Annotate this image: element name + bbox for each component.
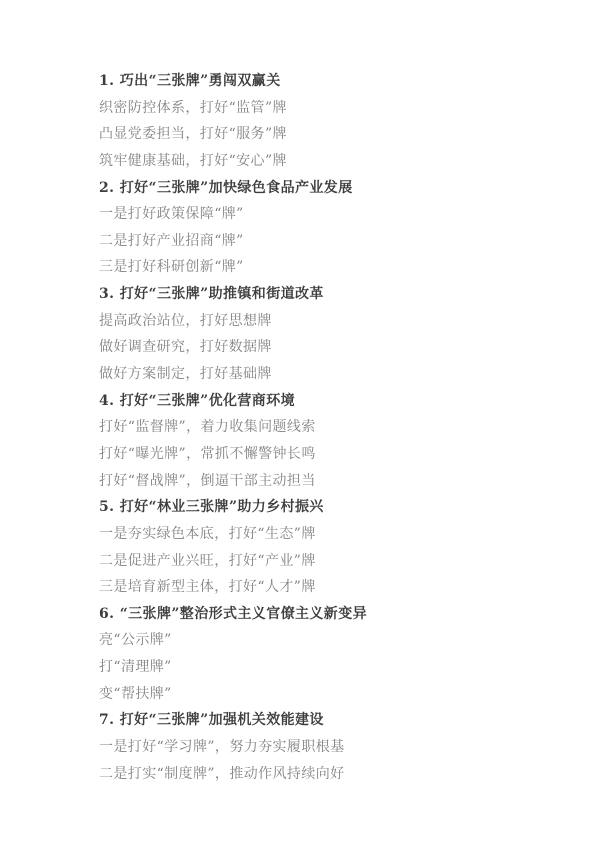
section-heading: 3. 打好“三张牌”助推镇和街道改革 bbox=[99, 281, 556, 308]
section-heading: 5. 打好“林业三张牌”助力乡村振兴 bbox=[99, 494, 556, 521]
section-item: 打好“曝光牌”，常抓不懈警钟长鸣 bbox=[99, 441, 556, 468]
section-item: 三是培育新型主体，打好“人才”牌 bbox=[99, 574, 556, 601]
section-item: 做好调查研究，打好数据牌 bbox=[99, 334, 556, 361]
document-page: 1. 巧出“三张牌”勇闯双赢关织密防控体系，打好“监管”牌凸显党委担当，打好“服… bbox=[0, 0, 596, 842]
section-item: 一是打好“学习牌”，努力夯实履职根基 bbox=[99, 734, 556, 761]
section-item: 织密防控体系，打好“监管”牌 bbox=[99, 95, 556, 122]
section-heading: 6. “三张牌”整治形式主义官僚主义新变异 bbox=[99, 601, 556, 628]
section-item: 凸显党委担当，打好“服务”牌 bbox=[99, 121, 556, 148]
section-heading: 4. 打好“三张牌”优化营商环境 bbox=[99, 388, 556, 415]
section-item: 做好方案制定，打好基础牌 bbox=[99, 361, 556, 388]
section-item: 变“帮扶牌” bbox=[99, 681, 556, 708]
section-heading: 7. 打好“三张牌”加强机关效能建设 bbox=[99, 707, 556, 734]
section-heading: 1. 巧出“三张牌”勇闯双赢关 bbox=[99, 68, 556, 95]
section-item: 二是打实“制度牌”，推动作风持续向好 bbox=[99, 761, 556, 788]
section-item: 二是打好产业招商“牌” bbox=[99, 228, 556, 255]
section-item: 打好“督战牌”，倒逼干部主动担当 bbox=[99, 468, 556, 495]
document-content: 1. 巧出“三张牌”勇闯双赢关织密防控体系，打好“监管”牌凸显党委担当，打好“服… bbox=[99, 68, 556, 787]
section-item: 一是打好政策保障“牌” bbox=[99, 201, 556, 228]
section-item: 筑牢健康基础，打好“安心”牌 bbox=[99, 148, 556, 175]
section-heading: 2. 打好“三张牌”加快绿色食品产业发展 bbox=[99, 175, 556, 202]
section-item: 打好“监督牌”，着力收集问题线索 bbox=[99, 414, 556, 441]
section-item: 一是夯实绿色本底，打好“生态”牌 bbox=[99, 521, 556, 548]
section-item: 三是打好科研创新“牌” bbox=[99, 254, 556, 281]
section-item: 提高政治站位，打好思想牌 bbox=[99, 308, 556, 335]
section-item: 打“清理牌” bbox=[99, 654, 556, 681]
section-item: 二是促进产业兴旺，打好“产业”牌 bbox=[99, 548, 556, 575]
section-item: 亮“公示牌” bbox=[99, 627, 556, 654]
